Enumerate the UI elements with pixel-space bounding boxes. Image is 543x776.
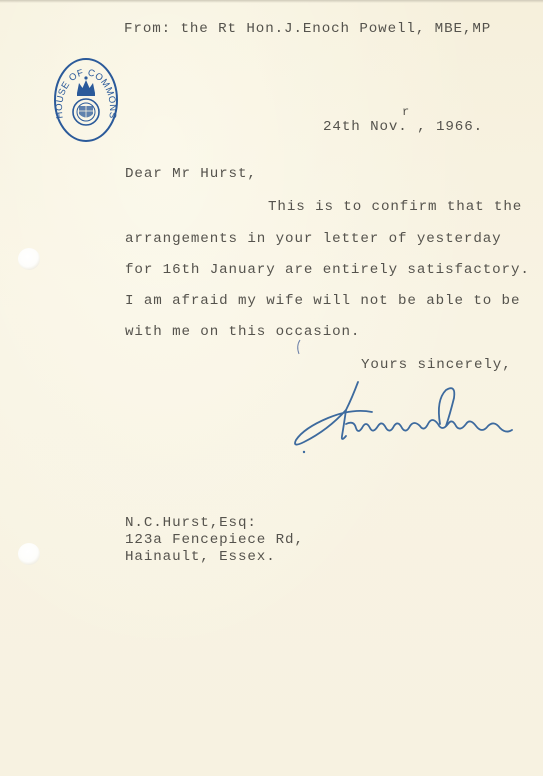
body-line-1: This is to confirm that the [268, 200, 522, 214]
recipient-street: 123a Fencepiece Rd, [125, 533, 304, 547]
body-line-2: arrangements in your letter of yesterday [125, 232, 502, 246]
recipient-name: N.C.Hurst,Esq: [125, 516, 257, 530]
paper-top-edge [0, 0, 543, 3]
body-line-4: I am afraid my wife will not be able to … [125, 294, 520, 308]
house-of-commons-crest-icon: HOUSE OF COMMONS [53, 57, 119, 143]
date-correction-mark: r [402, 106, 410, 118]
punch-hole-lower [18, 543, 40, 565]
recipient-town: Hainault, Essex. [125, 550, 276, 564]
body-line-3: for 16th January are entirely satisfacto… [125, 263, 530, 277]
pen-mark-icon [295, 338, 303, 356]
letter-date: 24th Nov. , 1966. [323, 120, 483, 134]
closing: Yours sincerely, [361, 358, 512, 372]
punch-hole-upper [18, 248, 40, 270]
body-line-5: with me on this occasion. [125, 325, 360, 339]
handwritten-signature [290, 380, 525, 460]
letterhead-from-line: From: the Rt Hon.J.Enoch Powell, MBE,MP [124, 22, 491, 36]
salutation: Dear Mr Hurst, [125, 167, 257, 181]
